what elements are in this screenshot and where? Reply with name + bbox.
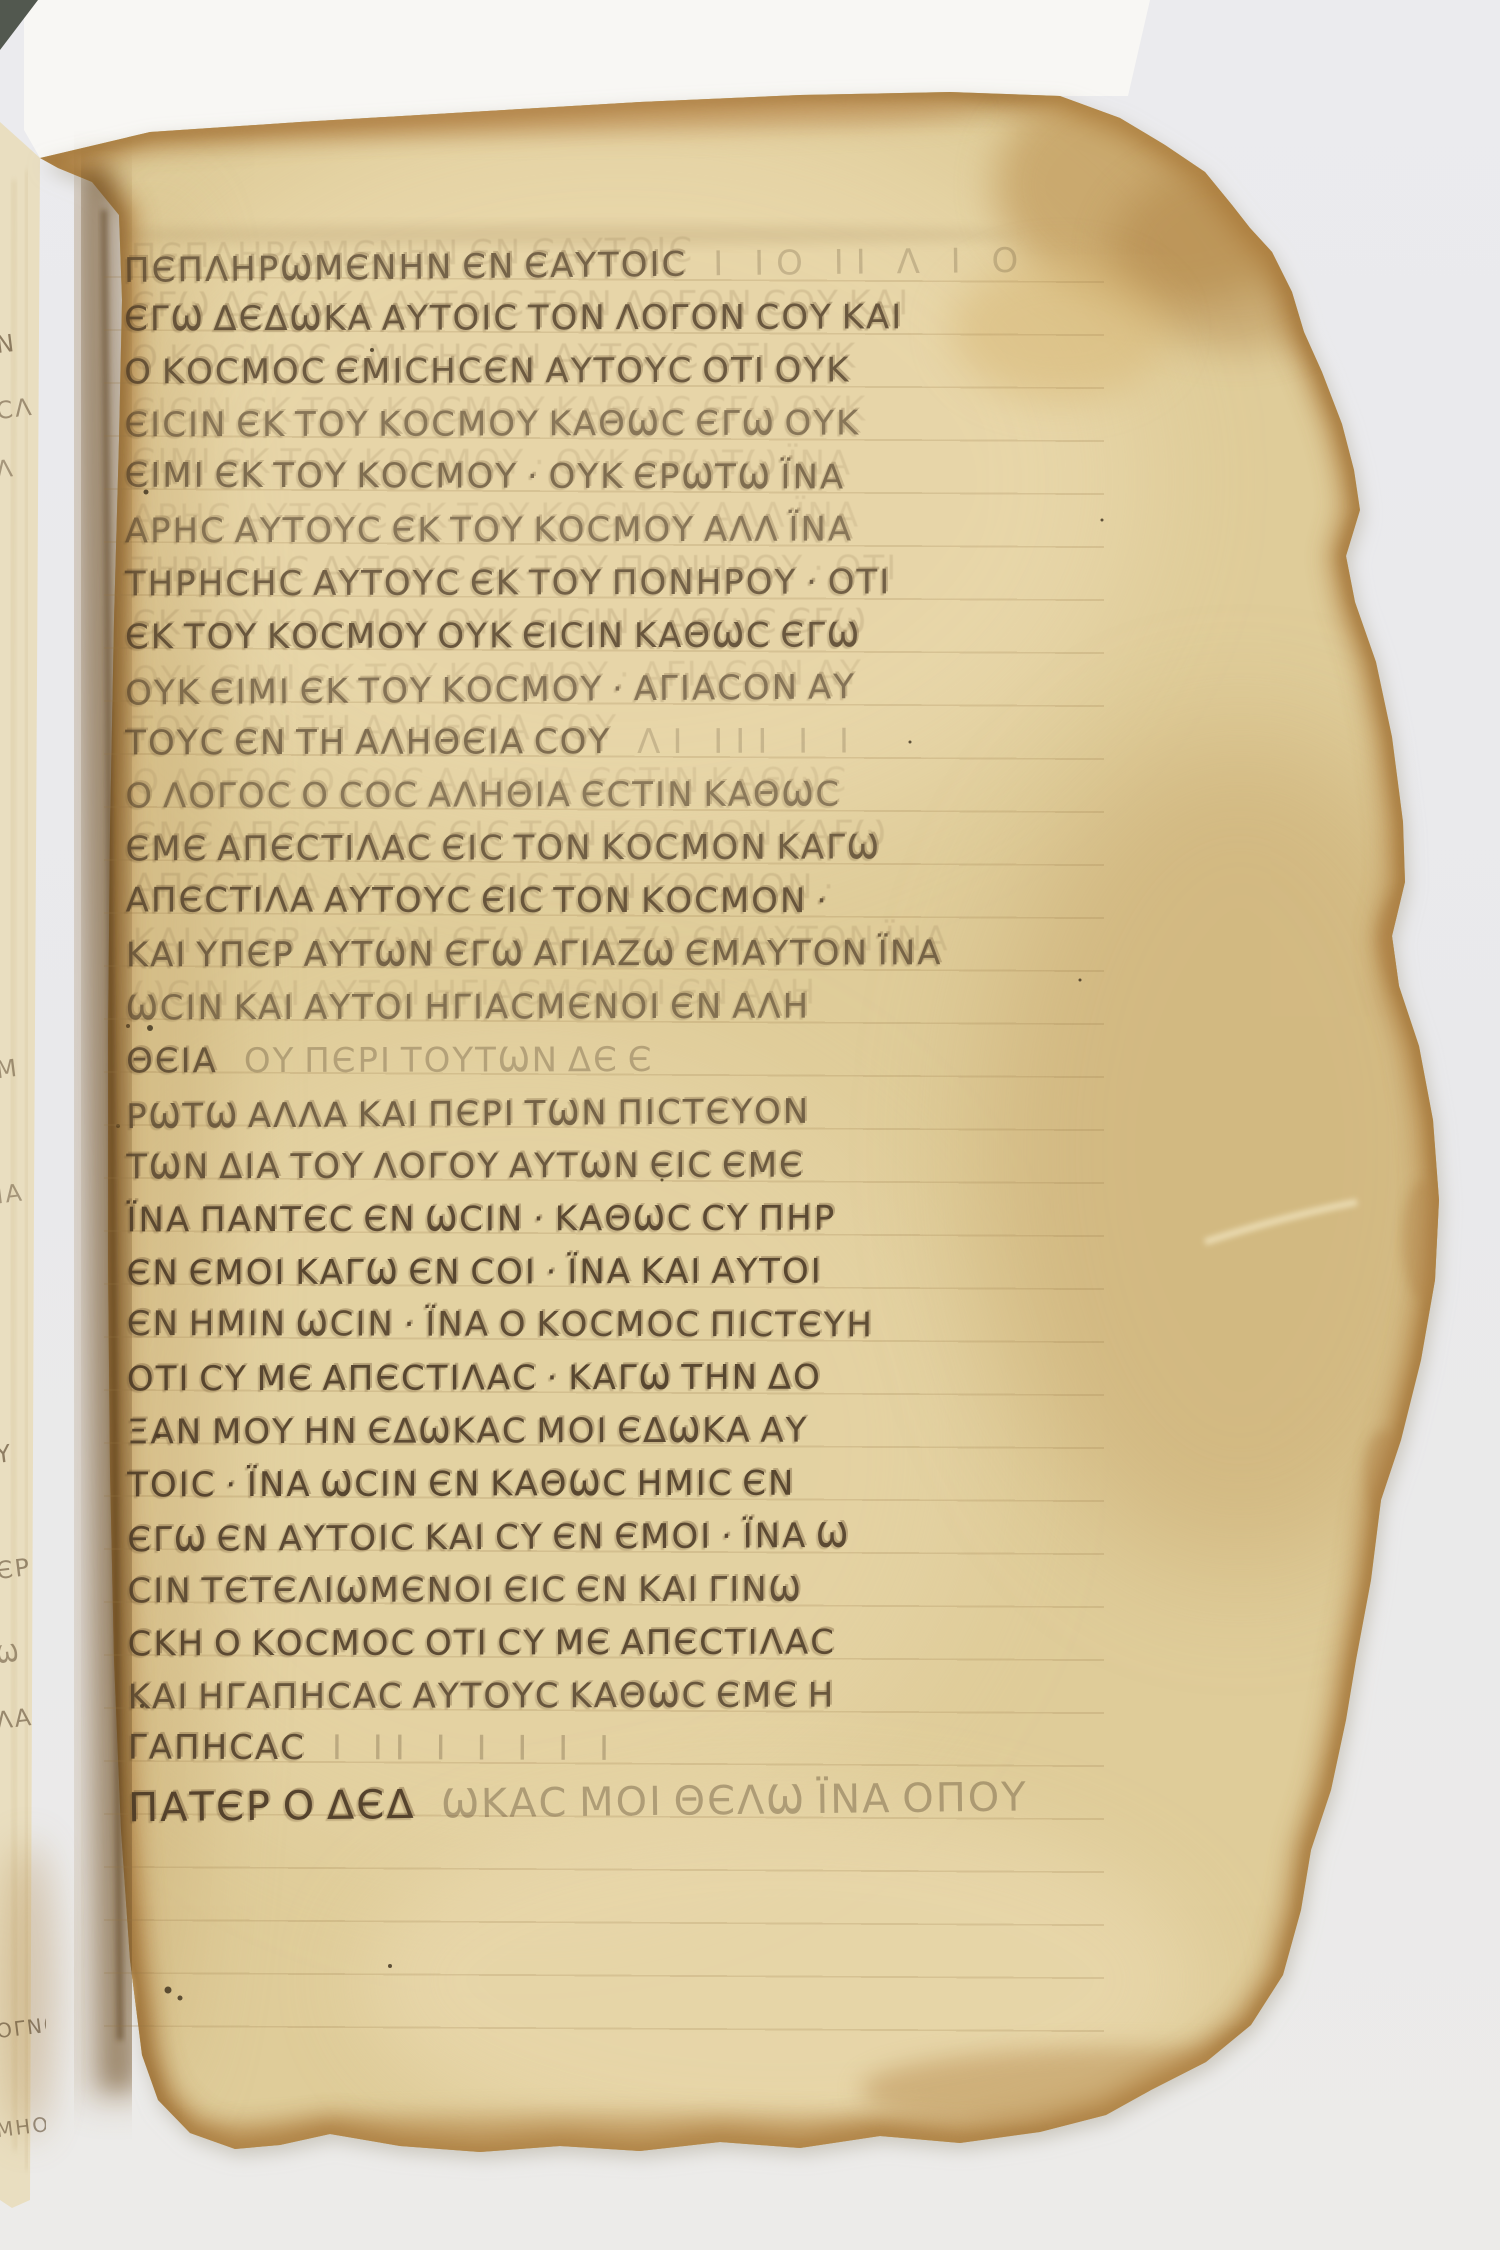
margin-fragment: ΜΗΟ [0,2112,46,2142]
margin-fragment: Μ [0,1054,20,1085]
margin-fragment: ΙΑ [0,1178,25,1209]
manuscript-line: Ο ΚΟϹΜΟϹ ЄΜΙϹΗϹЄΝ ΑΥΤΟΥϹ ΟΤΙ ΟΥΚ [124,344,1174,400]
manuscript-line: ЄΝ ΗΜΙΝ ѠϹΙΝ · ΪΝΑ Ο ΚΟϹΜΟϹ ΠΙϹΤЄΥΗ [127,1298,1177,1353]
manuscript-line: ΤΟΙϹ · ΪΝΑ ѠϹΙΝ ЄΝ ΚΑΘѠϹ ΗΜΙϹ ЄΝ [127,1457,1177,1513]
manuscript-line: ЄΓѠ ЄΝ ΑΥΤΟΙϹ ΚΑΙ ϹΥ ЄΝ ЄΜΟΙ · ΪΝΑ Ѡ [127,1508,1177,1567]
margin-fragment: Ν [0,329,18,359]
margin-fragment: Ѡ [0,1639,22,1670]
manuscript-line: ЄΜЄ ΑΠЄϹΤΙΛΑϹ ЄΙϹ ΤΟΝ ΚΟϹΜΟΝ ΚΑΓѠ [125,821,1175,877]
manuscript-line: ΚΑΙ ΗΓΑΠΗϹΑϹ ΑΥΤΟΥϹ ΚΑΘѠϹ ЄΜЄ Η [128,1669,1178,1725]
margin-fragment: ϹΛ [0,393,35,425]
manuscript-line: ЄΚ ΤΟΥ ΚΟϹΜΟΥ ΟΥΚ ЄΙϹΙΝ ΚΑΘѠϹ ЄΓѠ [125,609,1175,665]
manuscript-line: ЄΙΜΙ ЄΚ ΤΟΥ ΚΟϹΜΟΥ · ΟΥΚ ЄΡѠΤѠ ΪΝΑ [124,450,1174,506]
previous-leaf-edge: Ν ϹΛ Λ Μ ΙΑ Υ ЄΡ Ѡ ΛΑ ΟΓΝѠ ΜΗΟ [0,130,46,2220]
manuscript-line: ΠЄΠΛΗΡѠΜЄΝΗΝ ЄΝ ЄΑΥΤΟΙϹΙ ΙΟ ΙΙ Λ Ι Ο [124,233,1175,298]
manuscript-line: ΘЄΙΑΟΥ ΠЄΡΙ ΤΟΥΤѠΝ ΔЄ Є [126,1033,1176,1089]
manuscript-line: ΡѠΤѠ ΑΛΛΑ ΚΑΙ ΠЄΡΙ ΤѠΝ ΠΙϹΤЄΥΟΝ [126,1083,1176,1144]
manuscript-line: ЄΓѠ ΔЄΔѠΚΑ ΑΥΤΟΙϹ ΤΟΝ ΛΟΓΟΝ ϹΟΥ ΚΑΙ [124,291,1174,347]
manuscript-text-block: ΠЄΠΛΗΡѠΜЄΝΗΝ ЄΝ ЄΑΥΤΟΙϹΙ ΙΟ ΙΙ Λ Ι Ο ЄΓѠ… [124,238,1178,1831]
manuscript-line: ѠϹΙΝ ΚΑΙ ΑΥΤΟΙ ΗΓΙΑϹΜЄΝΟΙ ЄΝ ΑΛΗ [126,980,1176,1036]
margin-fragment: Υ [0,1439,14,1469]
manuscript-line: ЄΝ ЄΜΟΙ ΚΑΓѠ ЄΝ ϹΟΙ · ΪΝΑ ΚΑΙ ΑΥΤΟΙ [127,1245,1177,1301]
manuscript-line: ΑΡΗϹ ΑΥΤΟΥϹ ЄΚ ΤΟΥ ΚΟϹΜΟΥ ΑΛΛ ΪΝΑ [125,503,1175,559]
manuscript-line: ΓΑΠΗϹΑϹΙ ΙΙ Ι Ι Ι Ι Ι [128,1722,1178,1778]
manuscript-line: ΠΑΤЄΡ Ο ΔЄΔѠΚΑϹ ΜΟΙ ΘЄΛѠ ΪΝΑ ΟΠΟΥ [128,1770,1179,1836]
manuscript-line: ΪΝΑ ΠΑΝΤЄϹ ЄΝ ѠϹΙΝ · ΚΑΘѠϹ ϹΥ ΠΗΡ [126,1192,1176,1248]
manuscript-line: ΤΗΡΗϹΗϹ ΑΥΤΟΥϹ ЄΚ ΤΟΥ ΠΟΝΗΡΟΥ · ΟΤΙ [125,556,1175,612]
manuscript-line: ΟΥΚ ЄΙΜΙ ЄΚ ΤΟΥ ΚΟϹΜΟΥ · ΑΓΙΑϹΟΝ ΑΥ [125,658,1175,720]
manuscript-line: ϹΚΗ Ο ΚΟϹΜΟϹ ΟΤΙ ϹΥ ΜЄ ΑΠЄϹΤΙΛΑϹ [128,1616,1178,1672]
manuscript-line: ЄΙϹΙΝ ЄΚ ΤΟΥ ΚΟϹΜΟΥ ΚΑΘѠϹ ЄΓѠ ΟΥΚ [124,397,1174,453]
manuscript-line: Ο ΛΟΓΟϹ Ο ϹΟϹ ΑΛΗΘΙΑ ЄϹΤΙΝ ΚΑΘѠϹ [125,768,1175,824]
manuscript-line: ΤѠΝ ΔΙΑ ΤΟΥ ΛΟΓΟΥ ΑΥΤѠΝ ЄΙϹ ЄΜЄ [126,1139,1176,1195]
margin-fragment: Λ [0,454,16,484]
manuscript-line: ΚΑΙ ΥΠЄΡ ΑΥΤѠΝ ЄΓѠ ΑΓΙΑΖѠ ЄΜΑΥΤΟΝ ΪΝΑ [126,927,1176,983]
manuscript-line: ΤΟΥϹ ЄΝ ΤΗ ΑΛΗΘЄΙΑ ϹΟΥΛΙ ΙΙΙ Ι Ι [125,715,1175,771]
manuscript-line: ΟΤΙ ϹΥ ΜЄ ΑΠЄϹΤΙΛΑϹ · ΚΑΓѠ ΤΗΝ ΔΟ [127,1351,1177,1407]
margin-fragment: ЄΡ [0,1553,33,1585]
manuscript-line: ΑΠЄϹΤΙΛΑ ΑΥΤΟΥϹ ЄΙϹ ΤΟΝ ΚΟϹΜΟΝ · [126,875,1176,929]
manuscript-line: ΞΑΝ ΜΟΥ ΗΝ ЄΔѠΚΑϹ ΜΟΙ ЄΔѠΚΑ ΑΥ [127,1404,1177,1460]
manuscript-photograph: Ν ϹΛ Λ Μ ΙΑ Υ ЄΡ Ѡ ΛΑ ΟΓΝѠ ΜΗΟ ΠЄΠΛΗΡѠΜЄ… [0,0,1500,2250]
manuscript-line: ϹΙΝ ΤЄΤЄΛΙѠΜЄΝΟΙ ЄΙϹ ЄΝ ΚΑΙ ΓΙΝѠ [127,1563,1177,1619]
margin-fragment: ΛΑ [0,1703,34,1735]
margin-fragment: ΟΓΝѠ [0,2011,46,2043]
